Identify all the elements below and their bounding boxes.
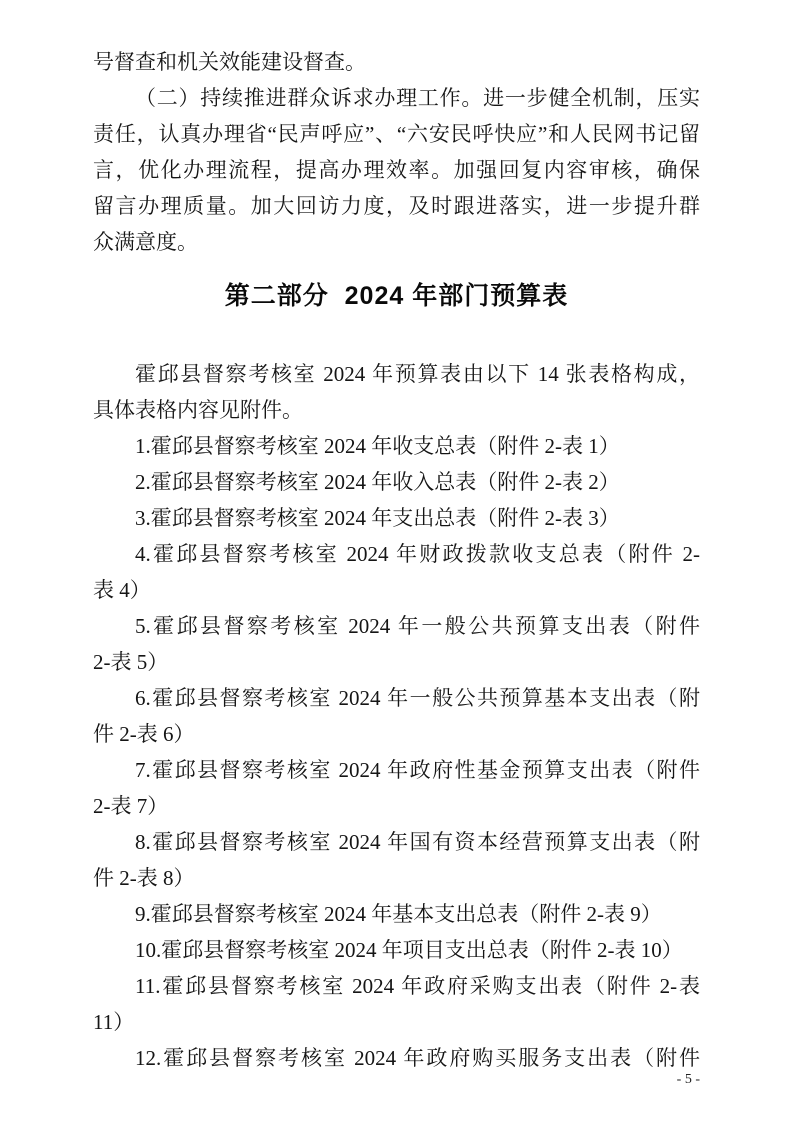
- page-number: - 5 -: [677, 1072, 700, 1087]
- list-item-line: 2-表 5）: [93, 644, 700, 680]
- list-item-line: 表 4）: [93, 572, 700, 608]
- list-item-line: 1.霍邱县督察考核室 2024 年收支总表（附件 2-表 1）: [93, 428, 700, 464]
- document-body: 号督查和机关效能建设督查。 （二）持续推进群众诉求办理工作。进一步健全机制，压实…: [93, 44, 700, 1076]
- list-item-line: 4.霍邱县督察考核室 2024 年财政拨款收支总表（附件 2-: [93, 536, 700, 572]
- paragraph-line: 众满意度。: [93, 224, 700, 260]
- list-item-line: 11.霍邱县督察考核室 2024 年政府采购支出表（附件 2-表: [93, 968, 700, 1004]
- paragraph-line: （二）持续推进群众诉求办理工作。进一步健全机制，压实: [93, 80, 700, 116]
- section-heading: 第二部分 2024 年部门预算表: [93, 276, 700, 316]
- paragraph-line: 号督查和机关效能建设督查。: [93, 44, 700, 80]
- list-item-line: 12.霍邱县督察考核室 2024 年政府购买服务支出表（附件: [93, 1040, 700, 1076]
- list-item-line: 2-表 7）: [93, 788, 700, 824]
- list-item-line: 2.霍邱县督察考核室 2024 年收入总表（附件 2-表 2）: [93, 464, 700, 500]
- list-item-line: 件 2-表 6）: [93, 716, 700, 752]
- document-page: 号督查和机关效能建设督查。 （二）持续推进群众诉求办理工作。进一步健全机制，压实…: [0, 0, 793, 1122]
- paragraph-line: 责任，认真办理省“民声呼应”、“六安民呼快应”和人民网书记留: [93, 116, 700, 152]
- paragraph-line: 言，优化办理流程，提高办理效率。加强回复内容审核，确保: [93, 152, 700, 188]
- list-item-line: 11）: [93, 1004, 700, 1040]
- list-item-line: 8.霍邱县督察考核室 2024 年国有资本经营预算支出表（附: [93, 824, 700, 860]
- paragraph-line: 具体表格内容见附件。: [93, 392, 700, 428]
- list-item-line: 3.霍邱县督察考核室 2024 年支出总表（附件 2-表 3）: [93, 500, 700, 536]
- list-item-line: 7.霍邱县督察考核室 2024 年政府性基金预算支出表（附件: [93, 752, 700, 788]
- list-item-line: 件 2-表 8）: [93, 860, 700, 896]
- list-item-line: 5.霍邱县督察考核室 2024 年一般公共预算支出表（附件: [93, 608, 700, 644]
- list-item-line: 6.霍邱县督察考核室 2024 年一般公共预算基本支出表（附: [93, 680, 700, 716]
- list-item-line: 9.霍邱县督察考核室 2024 年基本支出总表（附件 2-表 9）: [93, 896, 700, 932]
- list-item-line: 10.霍邱县督察考核室 2024 年项目支出总表（附件 2-表 10）: [93, 932, 700, 968]
- paragraph-line: 霍邱县督察考核室 2024 年预算表由以下 14 张表格构成，: [93, 356, 700, 392]
- paragraph-line: 留言办理质量。加大回访力度，及时跟进落实，进一步提升群: [93, 188, 700, 224]
- page-footer: - 5 -: [663, 1056, 700, 1104]
